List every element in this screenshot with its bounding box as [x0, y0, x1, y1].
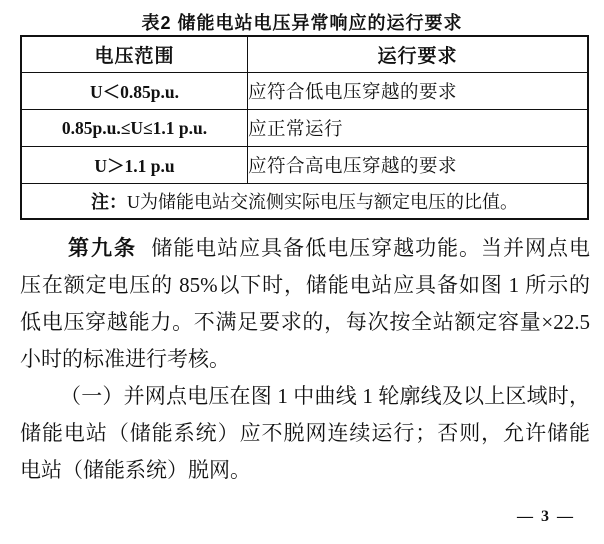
- body-line: 第九条 储能电站应具备低电压穿越功能。当并网点电: [20, 230, 590, 267]
- table-row: U＜0.85p.u. 应符合低电压穿越的要求: [21, 73, 588, 110]
- body-line: 小时的标准进行考核。: [20, 341, 590, 378]
- table-caption: 表2 储能电站电压异常响应的运行要求: [0, 9, 604, 35]
- requirement-cell: 应正常运行: [248, 110, 589, 147]
- body-line-text: 储能电站应具备低电压穿越功能。当并网点电: [145, 236, 590, 260]
- article-number: 第九条: [68, 237, 137, 260]
- table-note-row: 注：U为储能电站交流侧实际电压与额定电压的比值。: [21, 184, 588, 220]
- range-cell: U＜0.85p.u.: [21, 73, 248, 110]
- note-text: U为储能电站交流侧实际电压与额定电压的比值。: [127, 192, 518, 212]
- requirement-cell: 应符合低电压穿越的要求: [248, 73, 589, 110]
- table-header-row: 电压范围 运行要求: [21, 36, 588, 73]
- range-cell: 0.85p.u.≤U≤1.1 p.u.: [21, 110, 248, 147]
- body-line: 低电压穿越能力。不满足要求的，每次按全站额定容量×22.5: [20, 304, 590, 341]
- table-row: 0.85p.u.≤U≤1.1 p.u. 应正常运行: [21, 110, 588, 147]
- note-cell: 注：U为储能电站交流侧实际电压与额定电压的比值。: [21, 184, 588, 220]
- voltage-requirements-table: 电压范围 运行要求 U＜0.85p.u. 应符合低电压穿越的要求 0.85p.u…: [20, 35, 589, 220]
- body-line: 压在额定电压的 85%以下时，储能电站应具备如图 1 所示的: [20, 267, 590, 304]
- doc-page: { "table": { "caption": "表2 储能电站电压异常响应的运…: [0, 0, 604, 544]
- article-text: 第九条 储能电站应具备低电压穿越功能。当并网点电 压在额定电压的 85%以下时，…: [20, 230, 590, 489]
- range-cell: U＞1.1 p.u: [21, 147, 248, 184]
- page-number: — 3 —: [517, 508, 575, 526]
- table-header-operation-requirement: 运行要求: [248, 36, 589, 73]
- note-label: 注：: [91, 192, 127, 212]
- body-line: （一）并网点电压在图 1 中曲线 1 轮廓线及以上区域时，: [20, 378, 590, 415]
- requirement-cell: 应符合高电压穿越的要求: [248, 147, 589, 184]
- body-line: 电站（储能系统）脱网。: [20, 452, 590, 489]
- table-header-voltage-range: 电压范围: [21, 36, 248, 73]
- body-line: 储能电站（储能系统）应不脱网连续运行；否则，允许储能: [20, 415, 590, 452]
- table-row: U＞1.1 p.u 应符合高电压穿越的要求: [21, 147, 588, 184]
